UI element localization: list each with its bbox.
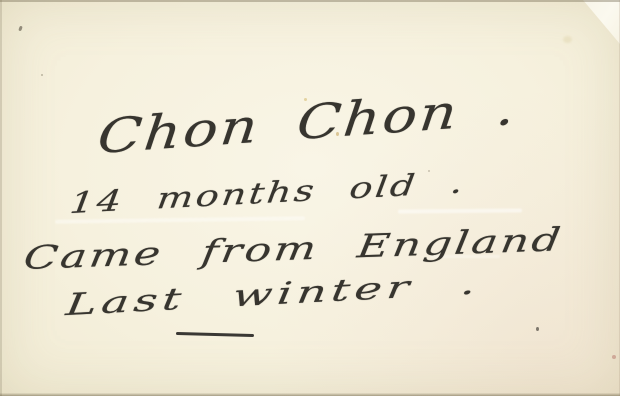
- handwritten-line-origin: Came from England: [21, 220, 565, 277]
- paper-speck: [536, 327, 539, 331]
- card-edge-top: [0, 0, 620, 2]
- note-card: Chon Chon . 14 months old . Came from En…: [0, 0, 620, 396]
- corner-fold-crease: [572, 0, 618, 43]
- paper-speck: [18, 26, 23, 32]
- card-edge-left: [0, 0, 2, 396]
- handwritten-line-when: Last winter .: [64, 266, 483, 323]
- underline-flourish: [176, 332, 254, 337]
- paper-speck: [612, 355, 616, 359]
- surface-scratch: [398, 208, 522, 213]
- corner-fold: [570, 0, 620, 44]
- paper-speck: [41, 74, 43, 76]
- paper-stain-smudge: [563, 36, 572, 43]
- handwritten-line-name: Chon Chon .: [95, 80, 520, 165]
